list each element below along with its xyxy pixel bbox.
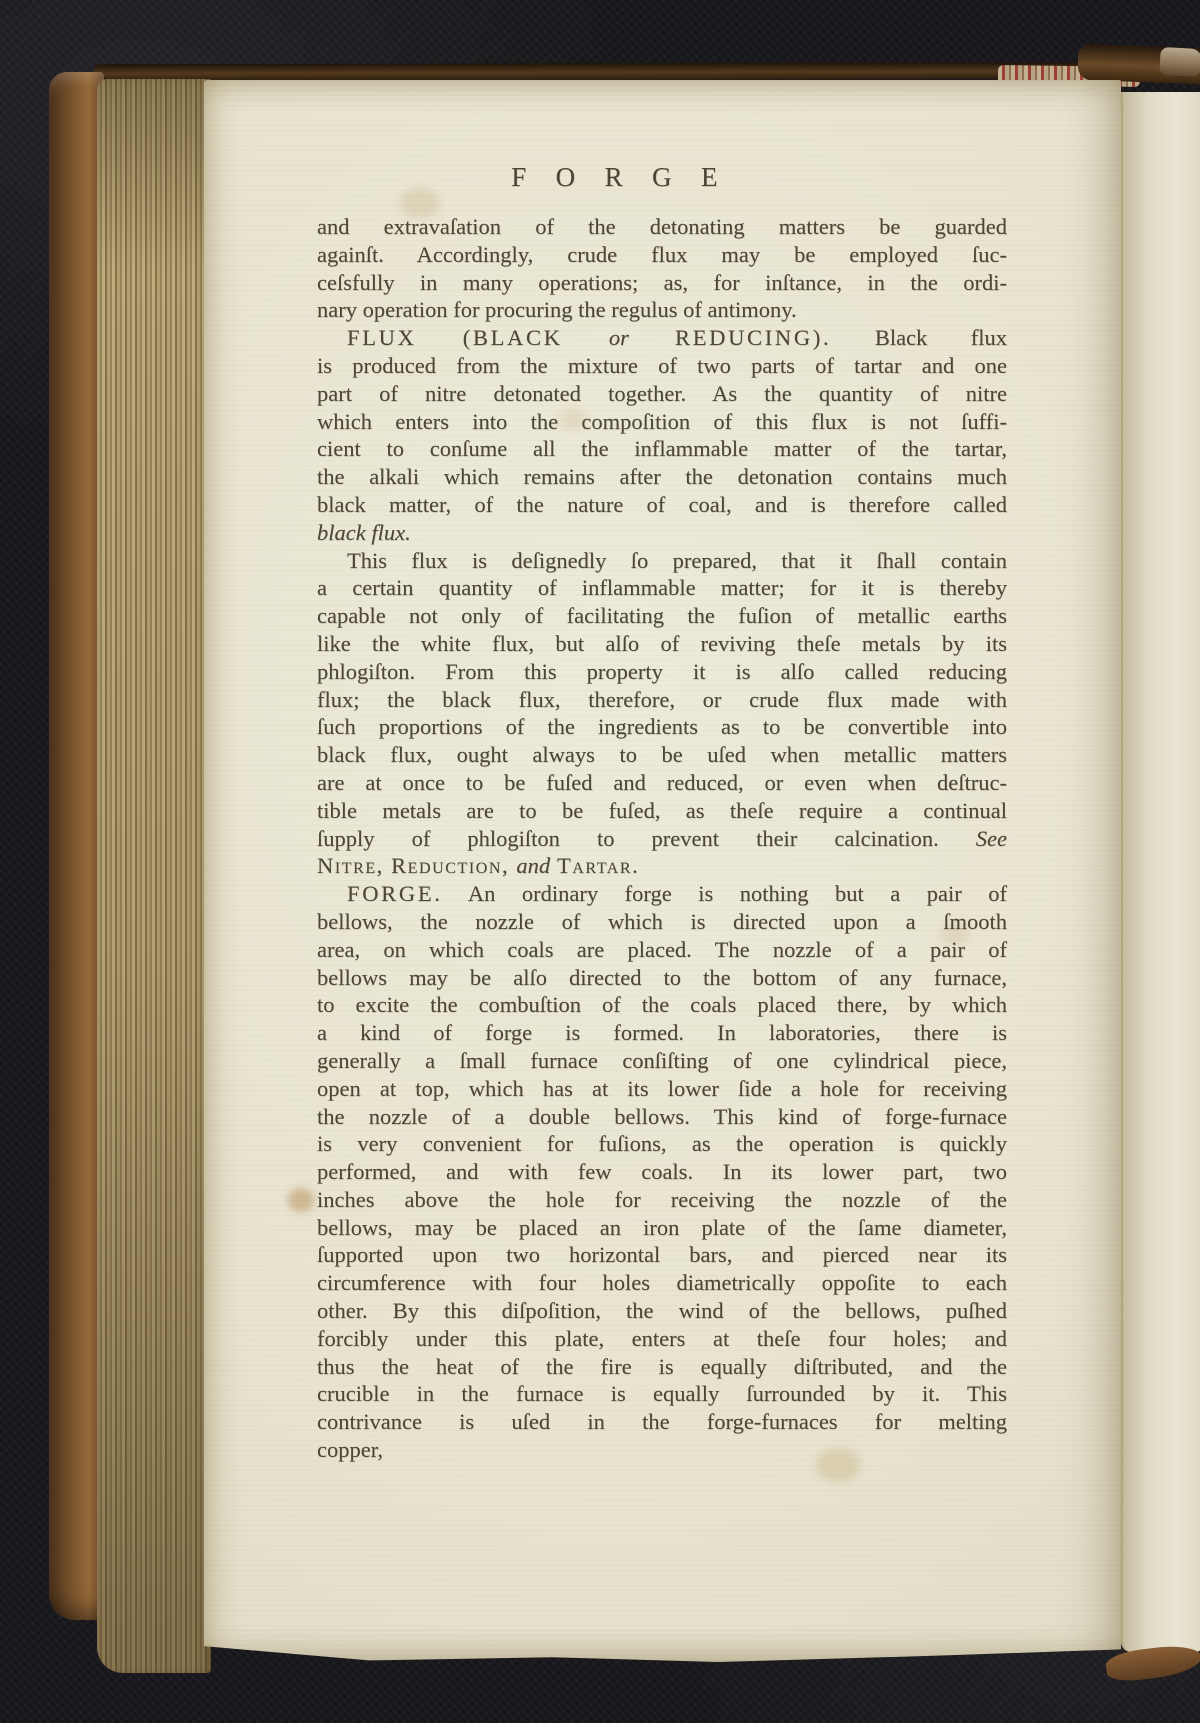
text-line: other. By this diſpoſition, the wind of … <box>317 1297 1007 1325</box>
text-line: the alkali which remains after the deton… <box>317 463 1007 491</box>
text-segment: thus the heat of the fire is equally diſ… <box>317 1354 1007 1379</box>
text-segment: black flux. <box>317 520 411 545</box>
text-line: black flux. <box>317 519 1007 547</box>
text-segment: crucible in the furnace is equally ſurro… <box>317 1381 1007 1406</box>
text-segment: An ordinary forge is nothing but a pair … <box>443 881 1007 906</box>
text-line: part of nitre detonated together. As the… <box>317 380 1007 408</box>
text-segment: black flux, ought always to be uſed when… <box>317 742 1007 767</box>
text-segment: open at top, which has at its lower ſide… <box>317 1076 1007 1101</box>
text-segment: inches above the hole for receiving the … <box>317 1187 1007 1212</box>
text-line: to excite the combuſtion of the coals pl… <box>317 991 1007 1019</box>
text-segment: circumference with four holes diametrica… <box>317 1270 1007 1295</box>
text-segment: forcibly under this plate, enters at the… <box>317 1326 1007 1351</box>
text-line: ſupported upon two horizontal bars, and … <box>317 1241 1007 1269</box>
text-line: bellows may be alſo directed to the bott… <box>317 964 1007 992</box>
text-segment: cient to conſume all the inflammable mat… <box>317 436 1007 461</box>
text-segment: which enters into the compoſition of thi… <box>317 409 1007 434</box>
text-segment: are at once to be fuſed and reduced, or … <box>317 770 1007 795</box>
text-segment: ſupply of phlogiſton to prevent their ca… <box>317 826 976 851</box>
text-line: are at once to be fuſed and reduced, or … <box>317 769 1007 797</box>
text-line: nary operation for procuring the regulus… <box>317 296 1007 324</box>
text-segment: ſuch proportions of the ingredients as t… <box>317 714 1007 739</box>
text-line: bellows, may be placed an iron plate of … <box>317 1214 1007 1242</box>
text-segment: Nitre, Reduction, <box>317 853 516 878</box>
text-line: contrivance is uſed in the forge-furnace… <box>317 1408 1007 1436</box>
text-line: ceſsfully in many operations; as, for in… <box>317 269 1007 297</box>
text-segment: nary operation for procuring the regulus… <box>317 297 797 322</box>
text-segment: This flux is deſignedly ſo prepared, tha… <box>347 548 1007 573</box>
catchword: copper, <box>317 1436 1007 1464</box>
text-line: crucible in the furnace is equally ſurro… <box>317 1380 1007 1408</box>
spine-tip <box>1159 47 1200 77</box>
text-segment: is very convenient for fuſions, as the o… <box>317 1131 1007 1156</box>
text-segment: Tartar. <box>550 853 639 878</box>
book-top-edge <box>94 62 1110 82</box>
text-line: performed, and with few coals. In its lo… <box>317 1158 1007 1186</box>
text-line: tible metals are to be fuſed, as theſe r… <box>317 797 1007 825</box>
text-segment: bellows, the nozzle of which is directed… <box>317 909 1007 934</box>
text-segment: the nozzle of a double bellows. This kin… <box>317 1104 1007 1129</box>
text-line: is very convenient for fuſions, as the o… <box>317 1130 1007 1158</box>
text-line: generally a ſmall furnace conſiſting of … <box>317 1047 1007 1075</box>
text-segment: tible metals are to be fuſed, as theſe r… <box>317 798 1007 823</box>
text-line: forcibly under this plate, enters at the… <box>317 1325 1007 1353</box>
text-line: bellows, the nozzle of which is directed… <box>317 908 1007 936</box>
text-segment: generally a ſmall furnace conſiſting of … <box>317 1048 1007 1073</box>
text-segment: to excite the combuſtion of the coals pl… <box>317 992 1007 1017</box>
text-segment: FLUX (BLACK <box>347 325 609 350</box>
text-line: a certain quantity of inflammable matter… <box>317 574 1007 602</box>
text-segment: performed, and with few coals. In its lo… <box>317 1159 1007 1184</box>
text-segment: black matter, of the nature of coal, and… <box>317 492 1007 517</box>
text-line: black matter, of the nature of coal, and… <box>317 491 1007 519</box>
text-line: and extravaſation of the detonating matt… <box>317 213 1007 241</box>
text-segment: is produced from the mixture of two part… <box>317 353 1007 378</box>
running-head: F O R G E <box>275 162 965 193</box>
text-segment: a certain quantity of inflammable matter… <box>317 575 1007 600</box>
text-line: circumference with four holes diametrica… <box>317 1269 1007 1297</box>
text-segment: flux; the black flux, therefore, or crud… <box>317 687 1007 712</box>
text-segment: part of nitre detonated together. As the… <box>317 381 1007 406</box>
text-line: which enters into the compoſition of thi… <box>317 408 1007 436</box>
facing-page-edge <box>1121 92 1200 1652</box>
text-segment: and <box>516 853 550 878</box>
text-segment: and extravaſation of the detonating matt… <box>317 214 1007 239</box>
text-line: againſt. Accordingly, crude flux may be … <box>317 241 1007 269</box>
text-line: inches above the hole for receiving the … <box>317 1186 1007 1214</box>
text-line: capable not only of facilitating the fuſ… <box>317 602 1007 630</box>
text-line: ſupply of phlogiſton to prevent their ca… <box>317 825 1007 853</box>
page-text: and extravaſation of the detonating matt… <box>317 213 1007 1464</box>
text-segment: ceſsfully in many operations; as, for in… <box>317 270 1007 295</box>
text-line: black flux, ought always to be uſed when… <box>317 741 1007 769</box>
text-segment: ſupported upon two horizontal bars, and … <box>317 1242 1007 1267</box>
text-line: Nitre, Reduction, and Tartar. <box>317 852 1007 880</box>
text-line: cient to conſume all the inflammable mat… <box>317 435 1007 463</box>
text-segment: the alkali which remains after the deton… <box>317 464 1007 489</box>
text-line: This flux is deſignedly ſo prepared, tha… <box>317 547 1007 575</box>
text-segment: contrivance is uſed in the forge-furnace… <box>317 1409 1007 1434</box>
text-line: FLUX (BLACK or REDUCING). Black flux <box>317 324 1007 352</box>
text-segment: a kind of forge is formed. In laboratori… <box>317 1020 1007 1045</box>
photo-background: F O R G E and extravaſation of the deton… <box>0 0 1200 1723</box>
text-line: like the white flux, but alſo of revivin… <box>317 630 1007 658</box>
paper-stain <box>288 1188 314 1212</box>
text-segment: againſt. Accordingly, crude flux may be … <box>317 242 1007 267</box>
text-segment: capable not only of facilitating the fuſ… <box>317 603 1007 628</box>
text-line: open at top, which has at its lower ſide… <box>317 1075 1007 1103</box>
text-segment: FORGE. <box>347 881 443 906</box>
text-segment: area, on which coals are placed. The noz… <box>317 937 1007 962</box>
text-line: area, on which coals are placed. The noz… <box>317 936 1007 964</box>
text-line: flux; the black flux, therefore, or crud… <box>317 686 1007 714</box>
text-segment: bellows, may be placed an iron plate of … <box>317 1215 1007 1240</box>
text-line: is produced from the mixture of two part… <box>317 352 1007 380</box>
text-line: phlogiſton. From this property it is alſ… <box>317 658 1007 686</box>
text-line: ſuch proportions of the ingredients as t… <box>317 713 1007 741</box>
text-line: a kind of forge is formed. In laboratori… <box>317 1019 1007 1047</box>
text-line: thus the heat of the fire is equally diſ… <box>317 1353 1007 1381</box>
text-segment: like the white flux, but alſo of revivin… <box>317 631 1007 656</box>
text-segment: other. By this diſpoſition, the wind of … <box>317 1298 1007 1323</box>
text-line: FORGE. An ordinary forge is nothing but … <box>317 880 1007 908</box>
book-page: F O R G E and extravaſation of the deton… <box>204 80 1121 1662</box>
book-cover-edge <box>49 72 104 1620</box>
text-segment: See <box>976 826 1007 851</box>
text-segment: phlogiſton. From this property it is alſ… <box>317 659 1007 684</box>
text-segment: bellows may be alſo directed to the bott… <box>317 965 1007 990</box>
text-line: the nozzle of a double bellows. This kin… <box>317 1103 1007 1131</box>
page-block-edges <box>97 79 211 1673</box>
text-segment: or <box>609 325 629 350</box>
text-segment: Black flux <box>831 325 1007 350</box>
text-segment: REDUCING). <box>629 325 832 350</box>
